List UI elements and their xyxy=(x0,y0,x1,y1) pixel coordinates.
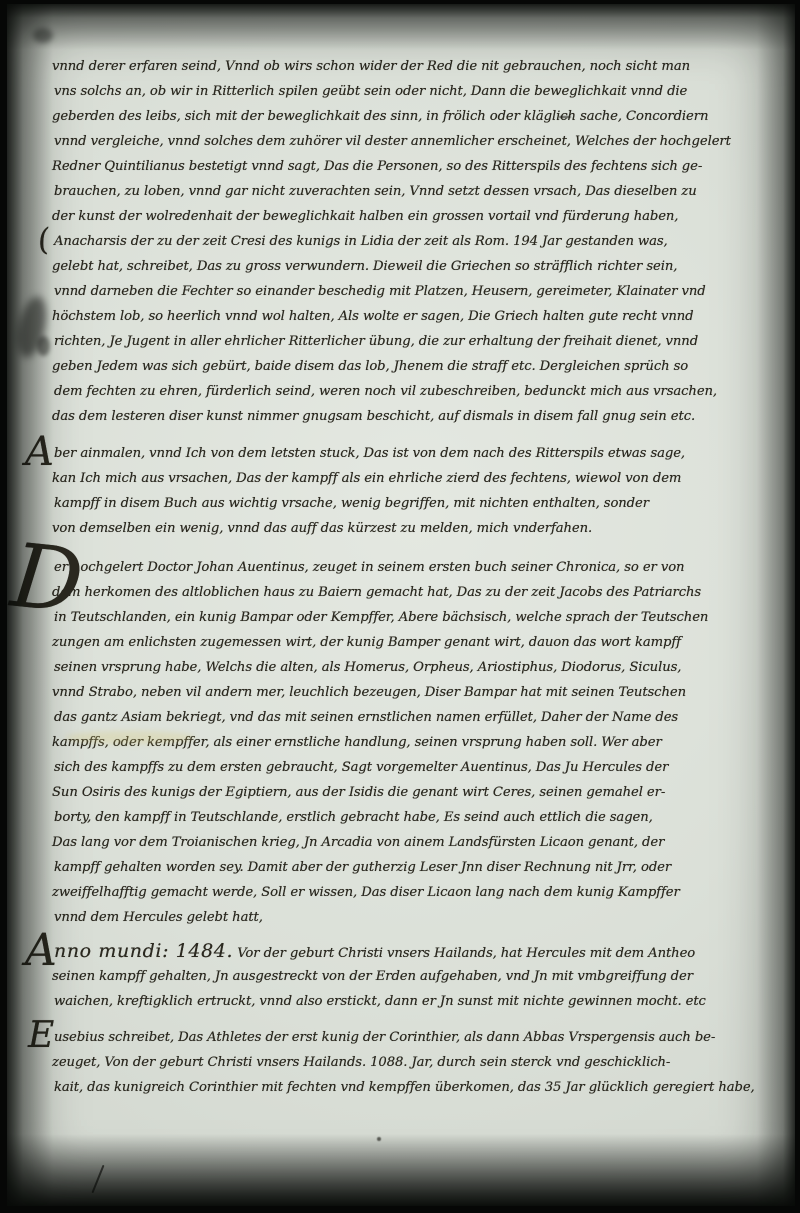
text-line: zweiffelhafftig gemacht werde, Soll er w… xyxy=(52,880,774,905)
manuscript-page: vnnd derer erfaren seind, Vnnd ob wirs s… xyxy=(7,4,795,1206)
manuscript-photo: vnnd derer erfaren seind, Vnnd ob wirs s… xyxy=(0,0,800,1213)
text-line: das dem lesteren diser kunst nimmer gnug… xyxy=(52,404,774,429)
paragraph-aventinus: D er hochgelert Doctor Johan Auentinus, … xyxy=(52,555,774,930)
text-line: brauchen, zu loben, vnnd gar nicht zuver… xyxy=(52,179,774,204)
text-line: borty, den kampff in Teutschlande, erstl… xyxy=(52,805,774,830)
text-line: kait, das kunigreich Corinthier mit fech… xyxy=(52,1075,774,1100)
flourish-initial: ( xyxy=(36,225,52,256)
ink-smudge xyxy=(13,294,51,360)
text-line: seinen kampff gehalten, Jn ausgestreckt … xyxy=(52,964,774,989)
text-line: kan Ich mich aus vrsachen, Das der kampf… xyxy=(52,466,774,491)
pen-stroke xyxy=(91,1165,104,1194)
text-line: gelebt hat, schreibet, Das zu gross verw… xyxy=(52,254,774,279)
text-line: dem fechten zu ehren, fürderlich seind, … xyxy=(52,379,774,404)
text-line: kampffs, oder kempffer, als einer ernstl… xyxy=(52,730,774,755)
text-line: kampff gehalten worden sey. Damit aber d… xyxy=(52,855,774,880)
text-line: waichen, kreftigklich ertruckt, vnnd als… xyxy=(52,989,774,1014)
text-line: seinen vrsprung habe, Welchs die alten, … xyxy=(52,655,774,680)
calligraphic-initial-a: A xyxy=(25,432,54,472)
text-line: kampff in disem Buch aus wichtig vrsache… xyxy=(52,491,774,516)
text-line: geberden des leibs, sich mit der bewegli… xyxy=(52,104,774,129)
text-line: höchstem lob, so heerlich vnnd wol halte… xyxy=(52,304,774,329)
text-line: Sun Osiris des kunigs der Egiptiern, aus… xyxy=(52,780,774,805)
text-line: dem herkomen des altloblichen haus zu Ba… xyxy=(52,580,774,605)
text-line: vns solchs an, ob wir in Ritterlich spil… xyxy=(52,79,774,104)
text-line: vnnd vergleiche, vnnd solches dem zuhöre… xyxy=(52,129,774,154)
paragraph-eusebius: E usebius schreibet, Das Athletes der er… xyxy=(52,1025,774,1100)
text-line: richten, Je Jugent in aller ehrlicher Ri… xyxy=(52,329,774,354)
text-line: vnnd dem Hercules gelebt hatt, xyxy=(52,905,774,930)
calligraphic-initial-a: A xyxy=(25,929,57,973)
text-line: sich des kampffs zu dem ersten gebraucht… xyxy=(52,755,774,780)
paragraph-anno-mundi: A nno mundi: 1484. Vor der geburt Christ… xyxy=(52,939,774,1014)
text-line: vnnd Strabo, neben vil andern mer, leuch… xyxy=(52,680,774,705)
text-line: in Teutschlanden, ein kunig Bampar oder … xyxy=(52,605,774,630)
text-block: vnnd derer erfaren seind, Vnnd ob wirs s… xyxy=(52,54,774,1100)
text-line: zeuget, Von der geburt Christi vnsers Ha… xyxy=(52,1050,774,1075)
ink-smudge xyxy=(37,336,50,356)
ink-smudge xyxy=(33,28,53,43)
text-line: der kunst der wolredenhait der beweglich… xyxy=(52,204,774,229)
text-line: Das lang vor dem Troianischen krieg, Jn … xyxy=(52,830,774,855)
text-line: vnnd derer erfaren seind, Vnnd ob wirs s… xyxy=(52,54,774,79)
paragraph-opening: vnnd derer erfaren seind, Vnnd ob wirs s… xyxy=(52,54,774,229)
text-line: usebius schreibet, Das Athletes der erst… xyxy=(52,1025,774,1050)
anno-mundi-date: nno mundi: 1484. xyxy=(54,940,233,962)
text-line: vnnd darneben die Fechter so einander be… xyxy=(52,279,774,304)
text-line: nno mundi: 1484. Vor der geburt Christi … xyxy=(52,939,774,964)
text-line: zungen am enlichsten zugemessen wirt, de… xyxy=(52,630,774,655)
calligraphic-initial-d: D xyxy=(8,532,87,627)
text-line: ber ainmalen, vnnd Ich von dem letsten s… xyxy=(52,441,774,466)
text-line: geben Jedem was sich gebürt, baide disem… xyxy=(52,354,774,379)
text-line: von demselben ein wenig, vnnd das auff d… xyxy=(52,516,774,541)
text-line: Anacharsis der zu der zeit Cresi des kun… xyxy=(52,229,774,254)
text-line-rest: Vor der geburt Christi vnsers Hailands, … xyxy=(233,946,695,961)
ink-dot xyxy=(377,1137,381,1141)
text-line: das gantz Asiam bekriegt, vnd das mit se… xyxy=(52,705,774,730)
text-line: Redner Quintilianus bestetigt vnnd sagt,… xyxy=(52,154,774,179)
paragraph-anacharsis: ( Anacharsis der zu der zeit Cresi des k… xyxy=(52,229,774,429)
calligraphic-initial-e: E xyxy=(28,1018,54,1054)
paragraph-aber: A ber ainmalen, vnnd Ich von dem letsten… xyxy=(52,441,774,541)
text-line: er hochgelert Doctor Johan Auentinus, ze… xyxy=(52,555,774,580)
